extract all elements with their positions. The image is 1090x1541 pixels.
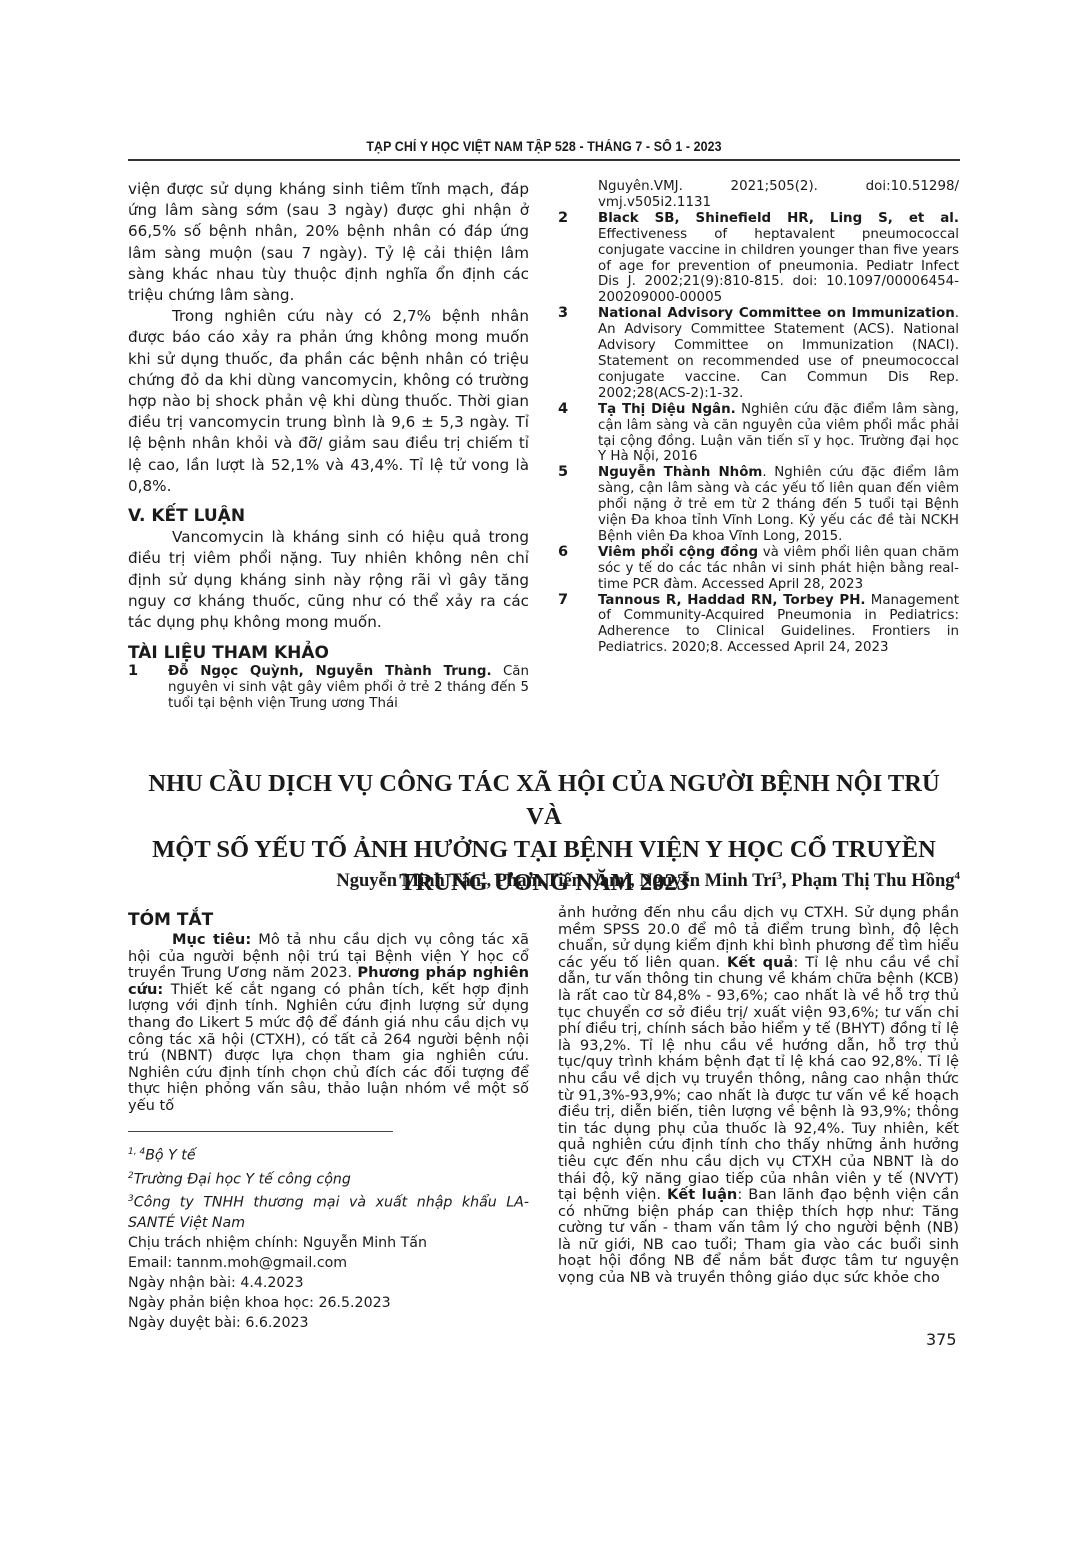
reference-item: 4 Tạ Thị Diệu Ngân. Nghiên cứu đặc điểm … xyxy=(558,402,959,466)
page-number: 375 xyxy=(926,1330,957,1349)
paragraph: Vancomycin là kháng sinh có hiệu quả tro… xyxy=(128,527,529,633)
author-name: Nguyễn Minh Tấn xyxy=(336,871,481,891)
abstract-objective-label: Mục tiêu: xyxy=(172,931,251,948)
abstract-results-label: Kết quả xyxy=(727,954,793,971)
reference-text: Effectiveness of heptavalent pneumococca… xyxy=(598,227,959,306)
author-list: Nguyễn Minh Tấn1, Phạm Tiến Nam2, Nguyễn… xyxy=(128,870,960,892)
reference-number: 6 xyxy=(558,545,598,593)
reference-authors: Nguyễn Thành Nhôm xyxy=(598,465,762,480)
review-date: Ngày phản biện khoa học: 26.5.2023 xyxy=(128,1293,529,1313)
author-name: Nguyễn Minh Trí xyxy=(639,871,776,891)
reference-item-continued: Nguyên.VMJ. 2021;505(2). doi:10.51298/ v… xyxy=(558,179,959,211)
reference-item: 5 Nguyễn Thành Nhôm. Nghiên cứu đặc điểm… xyxy=(558,465,959,545)
abstract-paragraph: ảnh hưởng đến nhu cầu dịch vụ CTXH. Sử d… xyxy=(558,905,959,1287)
running-head: TẠP CHÍ Y HỌC VIỆT NAM TẬP 528 - THÁNG 7… xyxy=(161,139,926,154)
header-rule xyxy=(128,159,960,161)
reference-item: 3 National Advisory Committee on Immuniz… xyxy=(558,306,959,401)
reference-item: 2 Black SB, Shinefield HR, Ling S, et al… xyxy=(558,211,959,306)
reference-authors: Tannous R, Haddad RN, Torbey PH. xyxy=(598,593,866,608)
title-line: MỘT SỐ YẾU TỐ ẢNH HƯỞNG TẠI BỆNH VIỆN Y … xyxy=(128,833,960,866)
reference-number: 3 xyxy=(558,306,598,401)
affiliation: 2Trường Đại học Y tế công cộng xyxy=(128,1166,529,1190)
title-line: NHU CẦU DỊCH VỤ CÔNG TÁC XÃ HỘI CỦA NGƯỜ… xyxy=(128,767,960,833)
reference-body: Đỗ Ngọc Quỳnh, Nguyễn Thành Trung. Căn n… xyxy=(168,664,529,711)
author-name: Phạm Tiến Nam xyxy=(496,871,625,891)
abstract-right-column: ảnh hưởng đến nhu cầu dịch vụ CTXH. Sử d… xyxy=(558,905,959,1287)
journal-page: TẠP CHÍ Y HỌC VIỆT NAM TẬP 528 - THÁNG 7… xyxy=(0,0,1090,1541)
abstract-conclusion-label: Kết luận xyxy=(667,1186,737,1203)
footnote-rule xyxy=(128,1131,393,1132)
accepted-date: Ngày duyệt bài: 6.6.2023 xyxy=(128,1313,529,1333)
prev-article-references-column: Nguyên.VMJ. 2021;505(2). doi:10.51298/ v… xyxy=(558,179,959,656)
affiliation-marker: 4 xyxy=(955,870,961,882)
abstract-paragraph: Mục tiêu: Mô tả nhu cầu dịch vụ công tác… xyxy=(128,932,529,1115)
affiliation: 1, 4Bộ Y tế xyxy=(128,1142,529,1166)
reference-item: 7 Tannous R, Haddad RN, Torbey PH. Manag… xyxy=(558,593,959,657)
reference-authors: Tạ Thị Diệu Ngân. xyxy=(598,402,736,417)
reference-number: 1 xyxy=(128,664,168,711)
reference-text: Nguyên.VMJ. 2021;505(2). doi:10.51298/ v… xyxy=(598,179,959,211)
affiliation-marker: 1 xyxy=(481,870,487,882)
footnotes: 1, 4Bộ Y tế 2Trường Đại học Y tế công cộ… xyxy=(128,1142,529,1333)
affiliation: 3Công ty TNHH thương mại và xuất nhập kh… xyxy=(128,1189,529,1233)
reference-number: 7 xyxy=(558,593,598,657)
received-date: Ngày nhận bài: 4.4.2023 xyxy=(128,1273,529,1293)
reference-authors: Black SB, Shinefield HR, Ling S, et al. xyxy=(598,211,959,226)
reference-item: 6 Viêm phổi cộng đồng và viêm phổi liên … xyxy=(558,545,959,593)
reference-number: 2 xyxy=(558,211,598,306)
author-name: Phạm Thị Thu Hồng xyxy=(791,871,954,891)
prev-article-left-column: viện được sử dụng kháng sinh tiêm tĩnh m… xyxy=(128,179,529,711)
reference-list-start: 1 Đỗ Ngọc Quỳnh, Nguyễn Thành Trung. Căn… xyxy=(128,664,529,711)
abstract-heading: TÓM TẮT xyxy=(128,908,529,932)
section-heading-conclusion: V. KẾT LUẬN xyxy=(128,506,529,527)
reference-authors: Đỗ Ngọc Quỳnh, Nguyễn Thành Trung. xyxy=(168,664,492,679)
reference-number: 4 xyxy=(558,402,598,466)
corresponding-author: Chịu trách nhiệm chính: Nguyễn Minh Tấn xyxy=(128,1233,529,1253)
affiliation-marker: 3 xyxy=(776,870,782,882)
contact-email: Email: tannm.moh@gmail.com xyxy=(128,1253,529,1273)
section-heading-references: TÀI LIỆU THAM KHẢO xyxy=(128,643,529,664)
paragraph: viện được sử dụng kháng sinh tiêm tĩnh m… xyxy=(128,179,529,306)
reference-item: 1 Đỗ Ngọc Quỳnh, Nguyễn Thành Trung. Căn… xyxy=(128,664,529,711)
paragraph: Trong nghiên cứu này có 2,7% bệnh nhân đ… xyxy=(128,306,529,497)
reference-number: 5 xyxy=(558,465,598,545)
affiliation-marker: 2 xyxy=(625,870,631,882)
reference-authors: Viêm phổi cộng đồng xyxy=(598,545,758,560)
reference-authors: National Advisory Committee on Immunizat… xyxy=(598,306,955,321)
abstract-left-column: TÓM TẮT Mục tiêu: Mô tả nhu cầu dịch vụ … xyxy=(128,908,529,1115)
